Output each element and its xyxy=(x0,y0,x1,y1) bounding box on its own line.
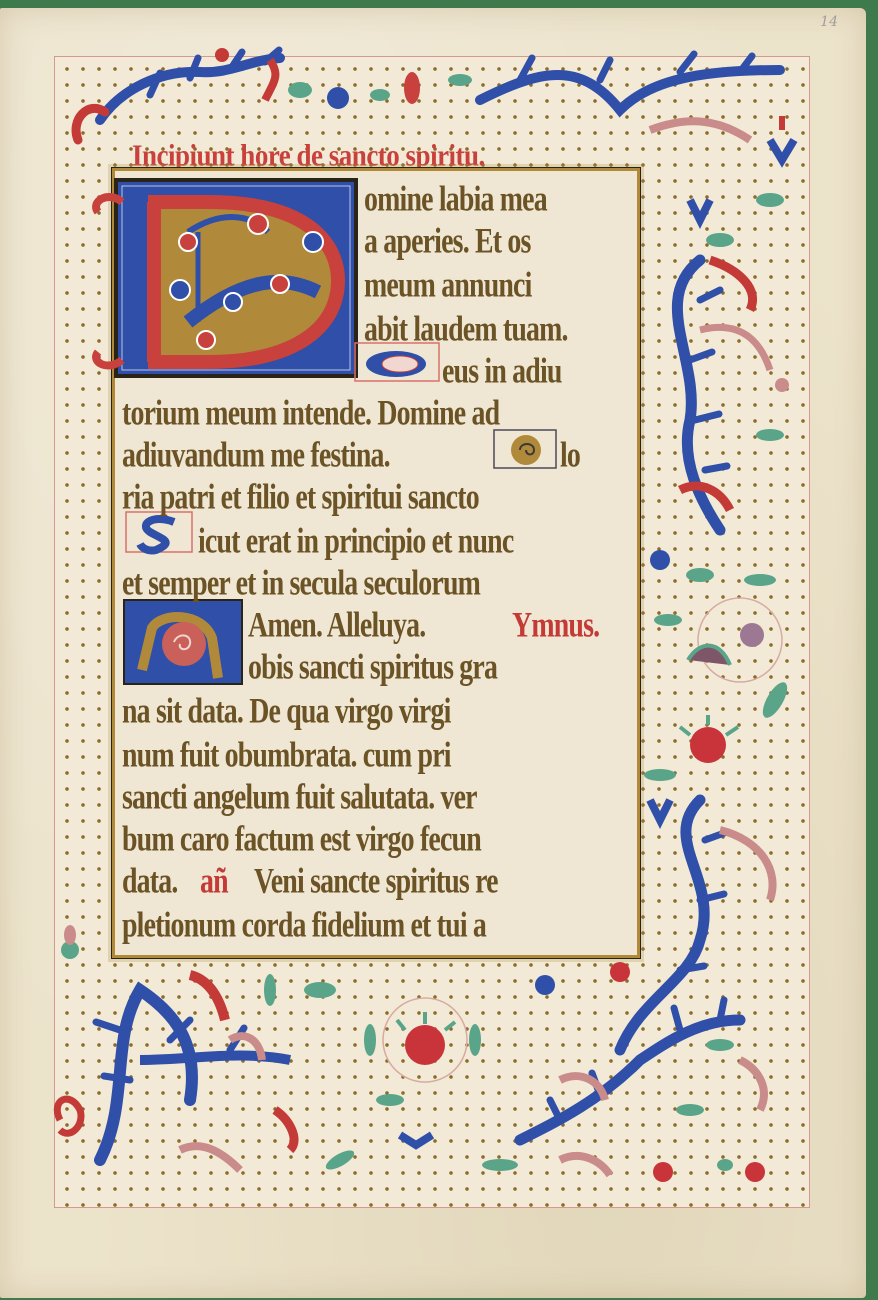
initial-g-small xyxy=(492,428,558,472)
text-line: obis sancti spiritus gra xyxy=(248,648,497,688)
rubric-antiphon: añ xyxy=(200,862,228,902)
text-line: data. xyxy=(122,862,178,902)
illuminated-initial-n xyxy=(122,598,244,686)
text-line: meum annunci xyxy=(364,266,532,306)
text-line: et semper et in secula seculorum xyxy=(122,564,480,604)
text-line: num fuit obumbrata. cum pri xyxy=(122,736,451,776)
text-line: abit laudem tuam. xyxy=(364,310,568,350)
text-line: a aperies. Et os xyxy=(364,222,531,262)
text-segment: lo xyxy=(560,436,580,476)
text-line: pletionum corda fidelium et tui a xyxy=(122,906,486,946)
text-line: Amen. Alleluya. xyxy=(248,606,425,646)
text-line: adiuvandum me festina. xyxy=(122,436,390,476)
text-line: eus in adiu xyxy=(442,352,562,392)
text-line: bum caro factum est virgo fecun xyxy=(122,820,481,860)
text-line: torium meum intende. Domine ad xyxy=(122,394,499,434)
text-line: ria patri et filio et spiritui sancto xyxy=(122,478,479,518)
text-line: omine labia mea xyxy=(364,180,547,220)
illuminated-initial-d-icon xyxy=(88,172,360,380)
rubric-hymnus: Ymnus. xyxy=(512,606,599,646)
text-line: Veni sancte spiritus re xyxy=(254,862,498,902)
illuminated-initial-d xyxy=(88,172,360,380)
text-line: icut erat in principio et nunc xyxy=(198,522,513,562)
text-line: sancti angelum fuit salutata. ver xyxy=(122,778,477,818)
text-line: na sit data. De qua virgo virgi xyxy=(122,692,451,732)
illuminated-initial-n-icon xyxy=(122,598,244,686)
initial-g-small-icon xyxy=(492,428,558,472)
